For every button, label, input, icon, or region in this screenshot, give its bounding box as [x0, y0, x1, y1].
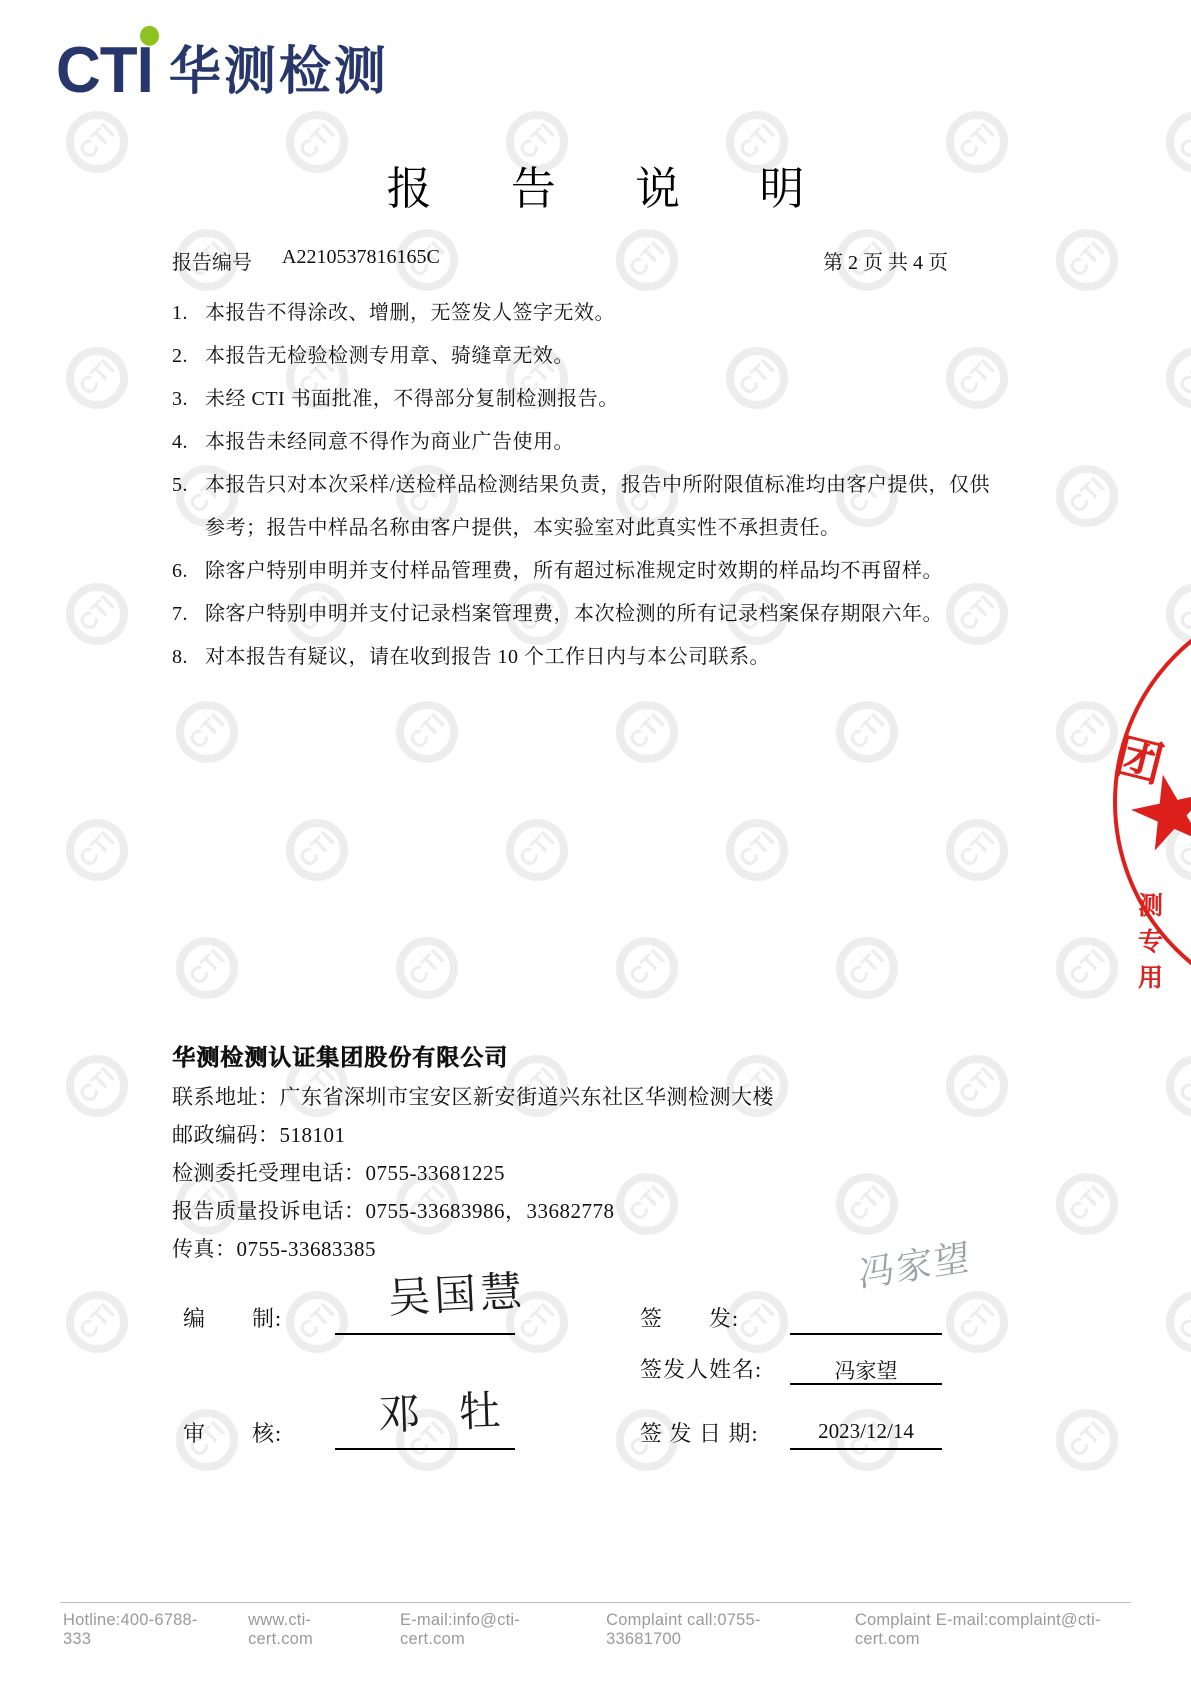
footer-item: Hotline:400-6788-333 [63, 1611, 218, 1649]
footer: Hotline:400-6788-333www.cti-cert.comE-ma… [63, 1611, 1151, 1649]
cti-logo-green-dot-icon [140, 26, 159, 46]
footer-divider [60, 1602, 1131, 1603]
footer-item: Complaint E-mail:complaint@cti-cert.com [855, 1611, 1151, 1649]
reviewed-signature-line [335, 1448, 515, 1450]
cti-logo: CTI 华测检测 [56, 42, 389, 101]
reviewed-signature: 邓 牡 [377, 1378, 516, 1443]
issued-signature-line [790, 1333, 942, 1335]
cti-logo-latin: CTI [56, 41, 153, 103]
signoff-section: 编 制: 吴国慧 签 发: 冯家望 签发人姓名: 冯家望 审 核: 邓 牡 签 … [0, 0, 1191, 1684]
issued-signature: 冯家望 [858, 1229, 972, 1298]
issuer-name-label: 签发人姓名: [640, 1353, 762, 1384]
prepared-signature: 吴国慧 [387, 1258, 528, 1325]
prepared-signature-line [335, 1333, 515, 1335]
prepared-label: 编 制: [183, 1302, 282, 1333]
issuer-name-value: 冯家望 [790, 1355, 942, 1385]
issue-date-label: 签 发 日 期: [640, 1417, 759, 1448]
issuer-name-line [790, 1383, 942, 1385]
footer-item: www.cti-cert.com [248, 1611, 370, 1649]
issue-date-value: 2023/12/14 [790, 1419, 942, 1444]
footer-item: Complaint call:0755-33681700 [606, 1611, 825, 1649]
footer-item: E-mail:info@cti-cert.com [400, 1611, 576, 1649]
issue-date-line [790, 1448, 942, 1450]
reviewed-label: 审 核: [183, 1417, 282, 1448]
issued-label: 签 发: [640, 1302, 739, 1333]
report-page: CTICTICTICTICTICTICTICTICTICTICTICTICTIC… [0, 0, 1191, 1684]
cti-logo-chinese: 华测检测 [169, 44, 389, 101]
cti-logo-text: CTI [56, 34, 153, 106]
